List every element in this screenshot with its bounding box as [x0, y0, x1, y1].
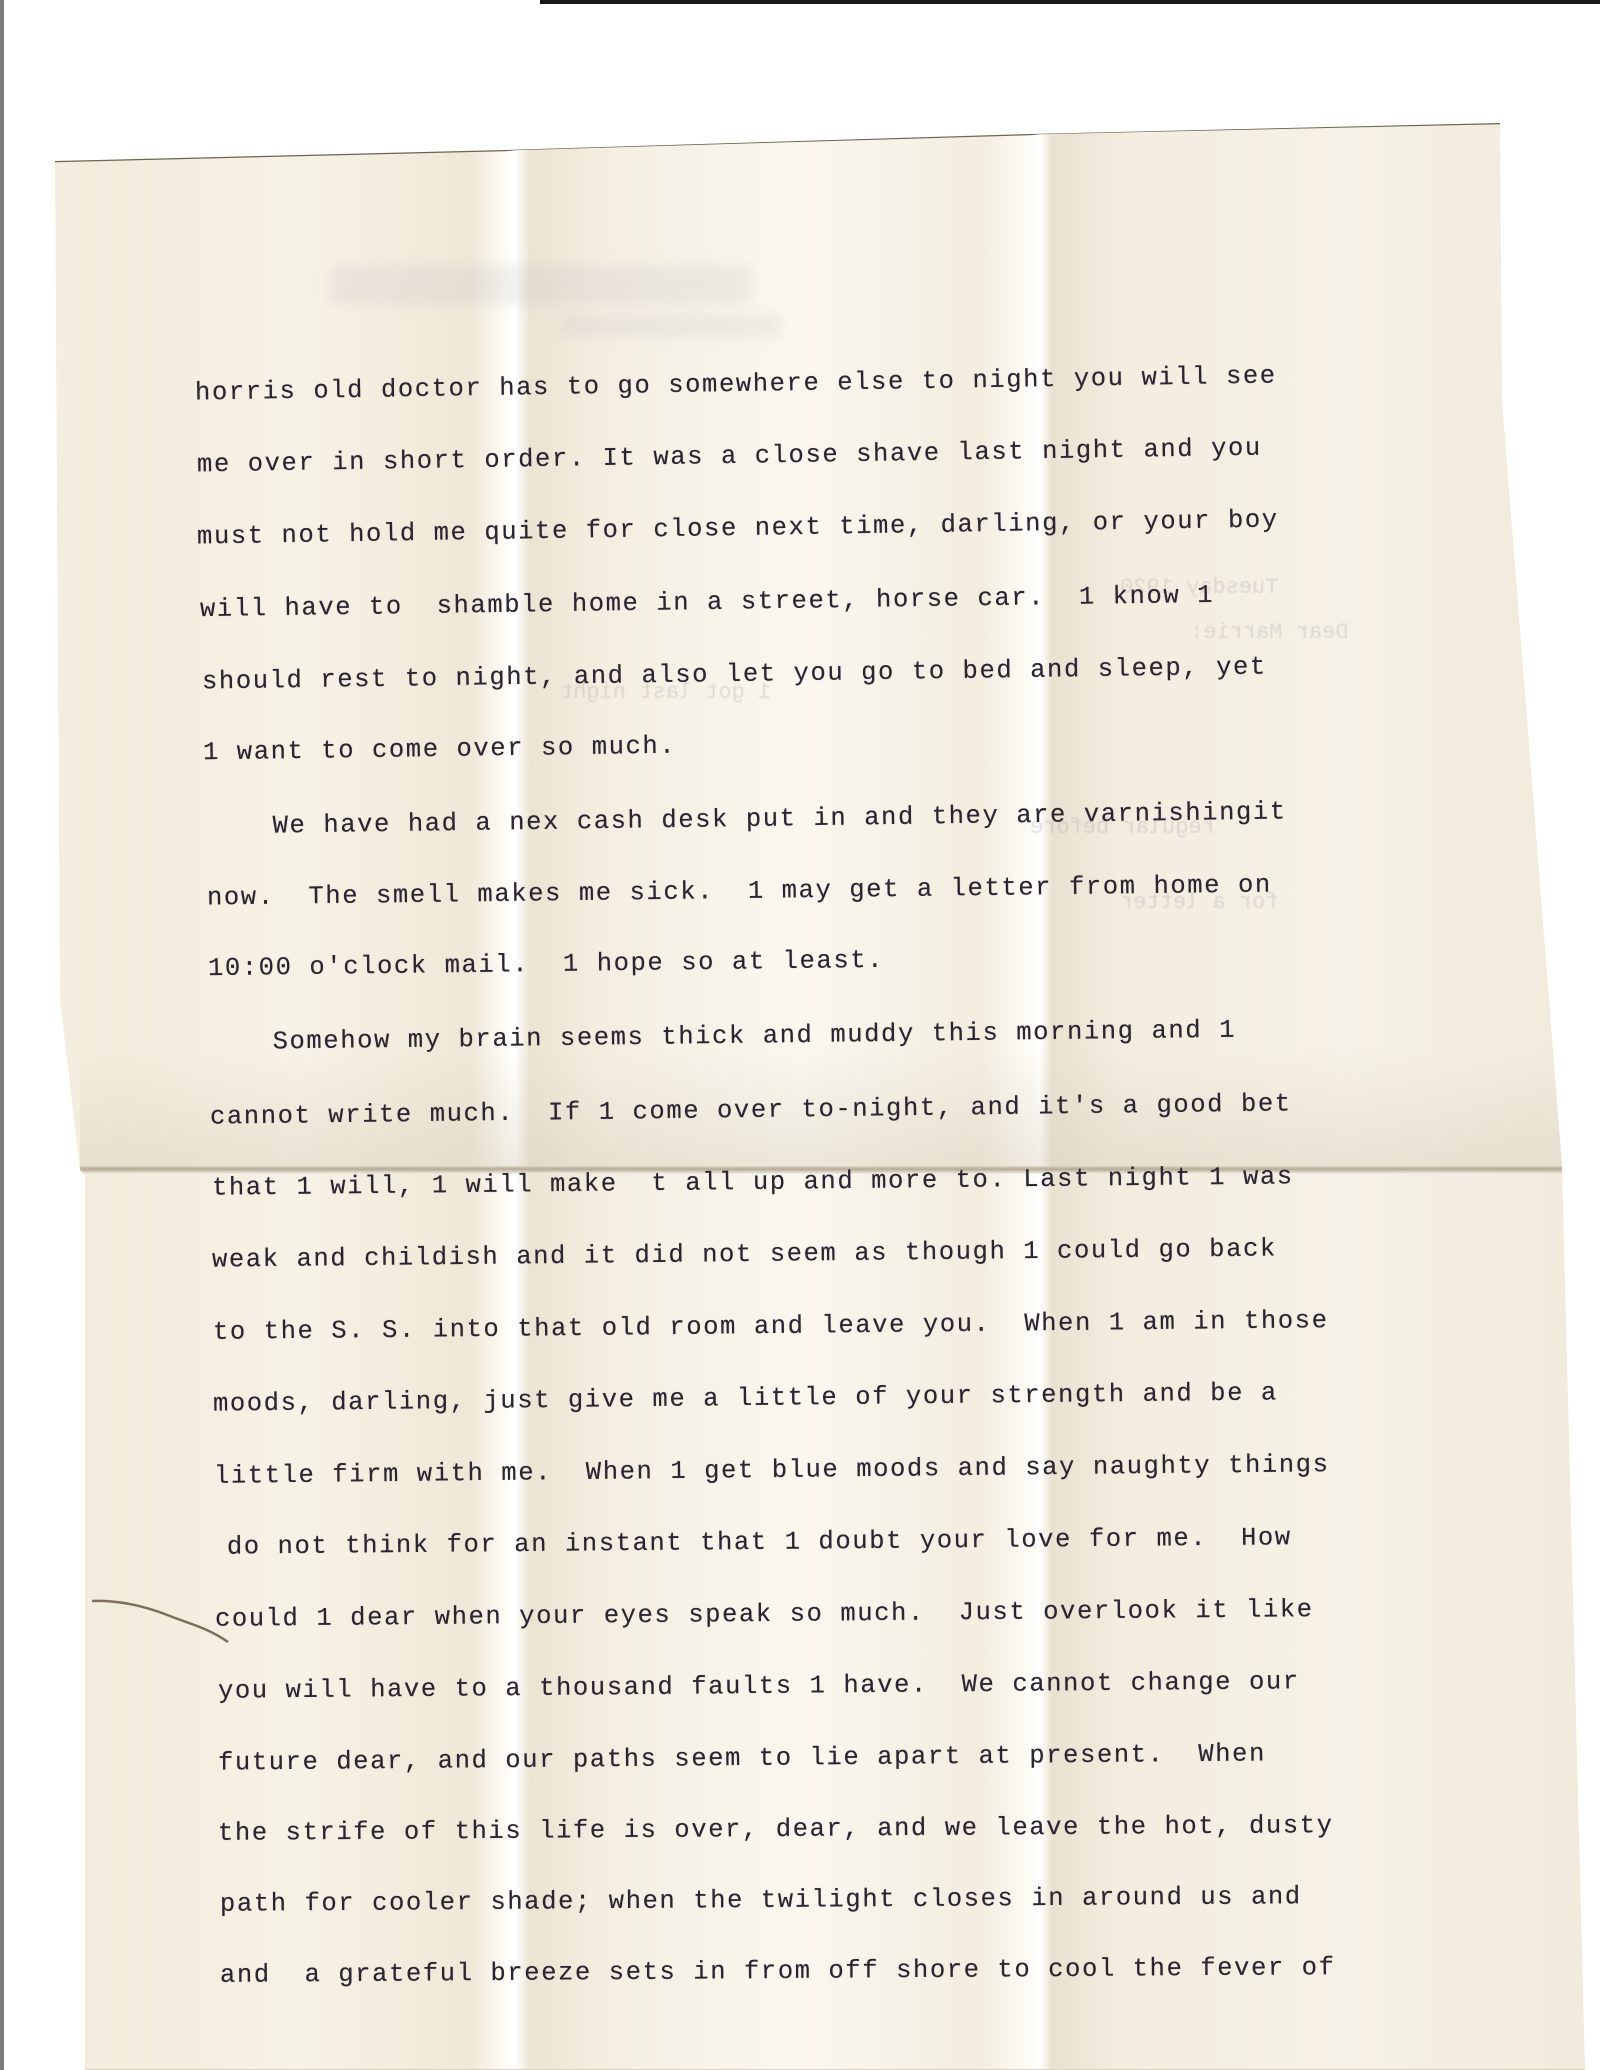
letter-line: to the S. S. into that old room and leav… — [213, 1306, 1329, 1347]
letter-line: horris old doctor has to go somewhere el… — [195, 362, 1277, 408]
letter-line: will have to shamble home in a street, h… — [200, 581, 1214, 624]
letter-line: little firm with me. When 1 get blue moo… — [214, 1450, 1330, 1491]
letter-line: should rest to night, and also let you g… — [202, 653, 1267, 697]
letter-line: We have had a nex cash desk put in and t… — [205, 797, 1287, 841]
letter-line: weak and childish and it did not seem as… — [212, 1234, 1277, 1274]
letter-line: the strife of this life is over, dear, a… — [218, 1811, 1334, 1848]
letter-line: moods, darling, just give me a little of… — [213, 1378, 1278, 1418]
letter-line: cannot write much. If 1 come over to-nig… — [210, 1089, 1292, 1131]
letter-line: Somehow my brain seems thick and muddy t… — [205, 1016, 1236, 1058]
letter-line: future dear, and our paths seem to lie a… — [218, 1739, 1266, 1777]
letter-line: do not think for an instant that 1 doubt… — [210, 1523, 1292, 1561]
letter-line: 1 want to come over so much. — [203, 732, 677, 768]
letter-line: must not hold me quite for close next ti… — [197, 506, 1279, 552]
letter-line: now. The smell makes me sick. 1 may get … — [207, 870, 1272, 912]
letter-line: you will have to a thousand faults 1 hav… — [218, 1667, 1300, 1705]
letter-line: could 1 dear when your eyes speak so muc… — [215, 1595, 1314, 1634]
letter-line: 10:00 o'clock mail. 1 hope so at least. — [208, 946, 884, 983]
letter-line: and a grateful breeze sets in from off s… — [220, 1953, 1336, 1990]
letter-body: horris old doctor has to go somewhere el… — [0, 0, 1600, 2070]
letter-line: me over in short order. It was a close s… — [197, 434, 1262, 480]
letter-line: path for cooler shade; when the twilight… — [220, 1882, 1302, 1919]
letter-line: that 1 will, 1 will make t all up and mo… — [212, 1162, 1294, 1202]
